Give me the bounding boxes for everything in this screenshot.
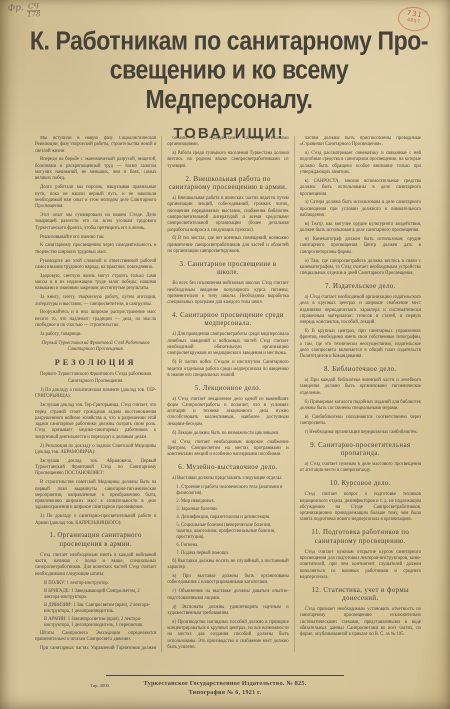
signature-line: Первый Туркестанский Фронтовой С'езд Раб…	[37, 341, 154, 354]
paragraph: б) В крупных центрах, при санитарных упр…	[300, 329, 421, 360]
paragraph: С'езд считает нужным открытие курсов сан…	[300, 550, 421, 581]
paragraph: Вооружайтесь и в них широкое распростран…	[35, 310, 156, 329]
list-item: В ПОЛКУ: 1 лектор-инструктор.	[44, 581, 156, 587]
paragraph: С'езд признает необходимым установить от…	[300, 607, 421, 638]
pencil-annotation: Фр. СЧ 178	[7, 3, 40, 21]
section-heading: 3. Санитарное просвещение в школе.	[168, 261, 287, 278]
section-heading: 10. Курсовое дело.	[301, 480, 420, 488]
section-heading: 6. Музейно-выставочное дело.	[168, 464, 287, 472]
paragraph: а) При каждой библиотеке воинской части …	[300, 378, 421, 397]
paragraph: Штаты Санпросвета Экспедиции определяютс…	[35, 631, 156, 644]
paragraph: 2) Резолюция по докладу о задачах Советс…	[35, 444, 156, 457]
section-heading: 4. Санитарное просвещение среди медперсо…	[168, 312, 287, 329]
paragraph: При санитарных частях Управлений Гарнизо…	[35, 646, 156, 652]
paragraph: Заслушав доклад тов. Тер-Григорьянца, С'…	[35, 403, 156, 441]
list-item: 5. Социальные болезни (венерические боле…	[176, 523, 288, 542]
paragraph: в) При выставке должны быть организованы…	[167, 574, 288, 587]
list-item: 7. Подача первой помощи.	[176, 551, 288, 557]
column-middle: ботами и с гражданскими санпросветительн…	[161, 136, 293, 652]
paragraph: С'езд считает вопрос о подготовке техник…	[300, 492, 421, 523]
list-item: В ДИВИЗИИ: 1 Зав. Санпросветом (врач), 2…	[44, 603, 156, 616]
column-right: частям должны быть приспособлены проводи…	[294, 136, 426, 652]
section-heading: 5. Лекционное дело.	[168, 385, 287, 393]
poster-title: К. Работникам по санитарному Про- свещен…	[24, 26, 434, 113]
paragraph: Реализовывайте его именно так:	[35, 235, 156, 241]
section-heading: 12. Статистика, учет и формы донесений.	[301, 587, 420, 604]
paragraph: б) В тех местах, где нет военных помещен…	[167, 236, 288, 255]
poster-paper: Фр. СЧ 178 731 4857 К. Работникам по сан…	[0, 0, 450, 709]
pencil-mark: Фр.	[7, 4, 24, 14]
section-heading: 9. Санитарно-просветительная пропаганда.	[301, 442, 420, 459]
paragraph: о) Там, где санпросветработа должна вест…	[300, 259, 421, 278]
list-item: 2. Мир невидимых.	[176, 499, 288, 505]
paragraph: а) С'езд считает лекционное дело одной и…	[167, 397, 288, 428]
masthead: К. Работникам по санитарному Про- свещен…	[24, 26, 434, 142]
title-line-2: свещению и ко всему Медперсоналу.	[24, 55, 434, 113]
resolution-subheading: Первого Туркестанского Фронтового С'езда…	[35, 372, 156, 385]
paragraph: За работу, товарищи.	[35, 332, 156, 338]
paragraph: Этот опыт мы суммировали на нашем С'езде…	[35, 213, 156, 232]
imprint-footer: Туркестанское Государственное Издательст…	[0, 675, 450, 696]
paragraph: м) Театр, как могучее орудие культурного…	[300, 222, 421, 235]
pencil-fraction-bottom: 178	[27, 11, 41, 19]
paragraph: д) Экспонаты должны удовлетворять научны…	[167, 605, 288, 618]
list-item: 3. Заразные болезни.	[176, 507, 288, 513]
footer-divider	[106, 675, 344, 676]
list-item: 4. Дезинфекция, паразитология и дезинсек…	[176, 515, 288, 521]
list-item: 6. Гигиена.	[176, 543, 288, 549]
list-item: В АРМИИ: 1 Завсанпросветом (врач), 2 лек…	[44, 617, 156, 630]
list-item: 1. Строение и работа человеческого тела …	[176, 485, 288, 498]
section-heading: 1. Организация санитарного просвещения в…	[36, 532, 155, 549]
paragraph: С'езд считает необходимым иметь в каждой…	[35, 553, 156, 578]
section-heading: 2. Внешкольная работа по санитарному про…	[168, 176, 287, 193]
paragraph: а) Для проведения санпросветработы среди…	[167, 332, 288, 357]
publisher-line: Туркестанское Государственное Издательст…	[0, 680, 450, 687]
column-left: Мы вступили в новую фазу Социалистическо…	[30, 136, 161, 652]
paragraph: в) Санбиблиотеки пополняются соответстве…	[300, 415, 421, 428]
paragraph: а) Работа среди туземного населения Турк…	[167, 151, 288, 170]
paragraph: Мы вступили в новую фазу Социалистическо…	[35, 136, 156, 155]
paragraph: Заслушав доклад тов. Абрамовича, Первый …	[35, 459, 156, 478]
paragraph: В строительстве советской Медицины должн…	[35, 480, 156, 511]
paragraph: 3) По докладу о санитарно-просветительно…	[35, 514, 156, 527]
paragraph: За книгу, газету, творческую работу, пут…	[35, 295, 156, 308]
paragraph: к) САНРОСТА, многие вспомогательные сред…	[300, 179, 421, 198]
paragraph: а) Выставки должны представлять следующи…	[167, 476, 288, 482]
paragraph: Во всех без исключения войсковых школах …	[167, 281, 288, 306]
paragraph: г) Объяснения на выставке должны даватьс…	[167, 589, 288, 602]
paragraph: л) Сатира должна быть использована в дел…	[300, 200, 421, 219]
paragraph: б) Лекции должны быть по возможности цик…	[167, 431, 288, 437]
section-heading: 7. Издательское дело.	[301, 283, 420, 291]
paragraph: Здоровую, светлую жизнь могут строить то…	[35, 274, 156, 293]
paragraph: Впереди на борьбе с экономической разрух…	[35, 157, 156, 182]
paragraph: а) С'езд считает необходимой организацию…	[300, 295, 421, 326]
title-line-1: К. Работникам по санитарному Про-	[24, 26, 434, 55]
text-columns: Мы вступили в новую фазу Социалистическо…	[30, 136, 426, 652]
paragraph: 1) По докладу о политическом моменте (до…	[35, 388, 156, 401]
paragraph: Руководите же этой сложной и ответственн…	[35, 259, 156, 272]
paragraph: в) С'езд считает необходимым широкое сна…	[167, 440, 288, 459]
section-heading: 11. Подготовка работников по санитарному…	[301, 529, 420, 546]
printer-line: Типография № 6, 1921 г.	[0, 690, 450, 696]
pencil-fraction: СЧ 178	[27, 3, 41, 19]
paragraph: а) Внешкольная работа в воинских частях …	[167, 196, 288, 234]
paragraph: б) В частях войск С'ездом и институтом С…	[167, 360, 288, 379]
paragraph: и) С'езд рассматривает синематику и связ…	[300, 151, 421, 176]
paragraph: ботами и с гражданскими санпросветительн…	[167, 136, 288, 149]
paragraph: б) Выставки должны носить не случайный, …	[167, 559, 288, 572]
paragraph: К санитарному просвещению через самодеят…	[35, 243, 156, 256]
paragraph: н) Кинематограф должен быть использован;…	[300, 237, 421, 256]
resolution-heading: РЕЗОЛЮЦИЯ	[35, 358, 156, 369]
section-heading: 8. Библиотечное дело.	[301, 366, 420, 374]
paragraph: е) Производство наглядных пособий должно…	[167, 620, 288, 651]
paragraph: частям должны быть приспособлены проводи…	[300, 136, 421, 149]
paragraph: г) Необходима организация передвижных са…	[300, 430, 421, 436]
paragraph: а) С'езд считает нужным в деле массового…	[300, 462, 421, 475]
paragraph: б) Примерные каталоги подобных изданий д…	[300, 400, 421, 413]
list-item: В БРИГАДЕ: 1 Заведывающий Санпросветом, …	[44, 589, 156, 602]
paragraph: Долго работали мы порознь, нащупывая пра…	[35, 185, 156, 210]
